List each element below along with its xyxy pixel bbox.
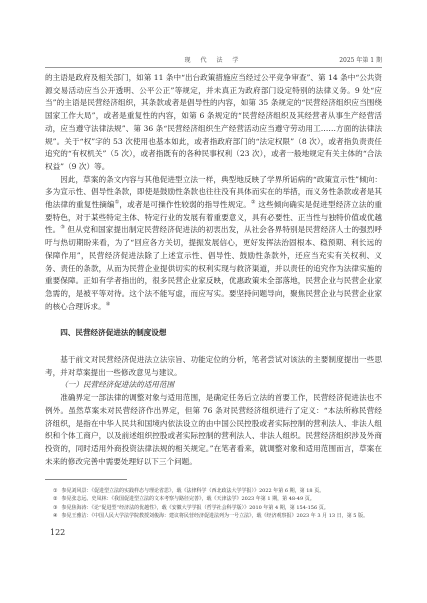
running-header: 现 代 法 学 2025 年第 1 期	[45, 55, 382, 65]
article-body: 的主语是政府及相关部门，如第 11 条中“出台政策措施应当经过公平竞争审查”、第…	[45, 72, 382, 468]
footnote: ④参见王雅洁：《中国人民大学法学院教授刘俊海：建议将民营经济促进法列为一号立法》…	[45, 512, 382, 520]
paragraph: 基于前文对民营经济促进法立法宗旨、功能定位的分析，笔者尝试对该法的主要制度提出一…	[45, 354, 382, 379]
paragraph: 的主语是政府及相关部门，如第 11 条中“出台政策措施应当经过公平竞争审查”、第…	[45, 72, 382, 174]
header-rule	[45, 67, 382, 68]
footnote-rule	[45, 479, 127, 480]
footnotes: ①参见刘风景：《促进型立法的实践样态与理论省思》，载《法律科学（西北政法大学学报…	[45, 487, 382, 521]
subsection-heading: （一）民营经济促进法的适用范围	[45, 379, 382, 392]
journal-title: 现 代 法 学	[45, 55, 382, 64]
footnote: ③参见焦海涛：《论“促进型”经济法的优越性》，载《安徽大学学报（哲学社会科学版）…	[45, 504, 382, 512]
issue-label: 2025 年第 1 期	[339, 55, 382, 64]
footnote: ①参见刘风景：《促进型立法的实践样态与理论省思》，载《法律科学（西北政法大学学报…	[45, 487, 382, 495]
paragraph: 准确界定一部法律的调整对象与适用范围，是确定任务后立法的首要工作，民营经济促进法…	[45, 392, 382, 468]
footnote: ②参见张志远、史凤林：《我国促进型立法的文本考察与路径完善》，载《天津法学》20…	[45, 495, 382, 503]
footnote-ref[interactable]: ④	[106, 301, 110, 307]
page-number: 122	[50, 528, 65, 537]
section-heading: 四、民营经济促进法的制度设想	[45, 327, 382, 340]
paragraph: 因此，草案的条文内容与其他促进型立法一样，典型地反映了学界所诟病的“政策宣示性”…	[45, 174, 382, 314]
